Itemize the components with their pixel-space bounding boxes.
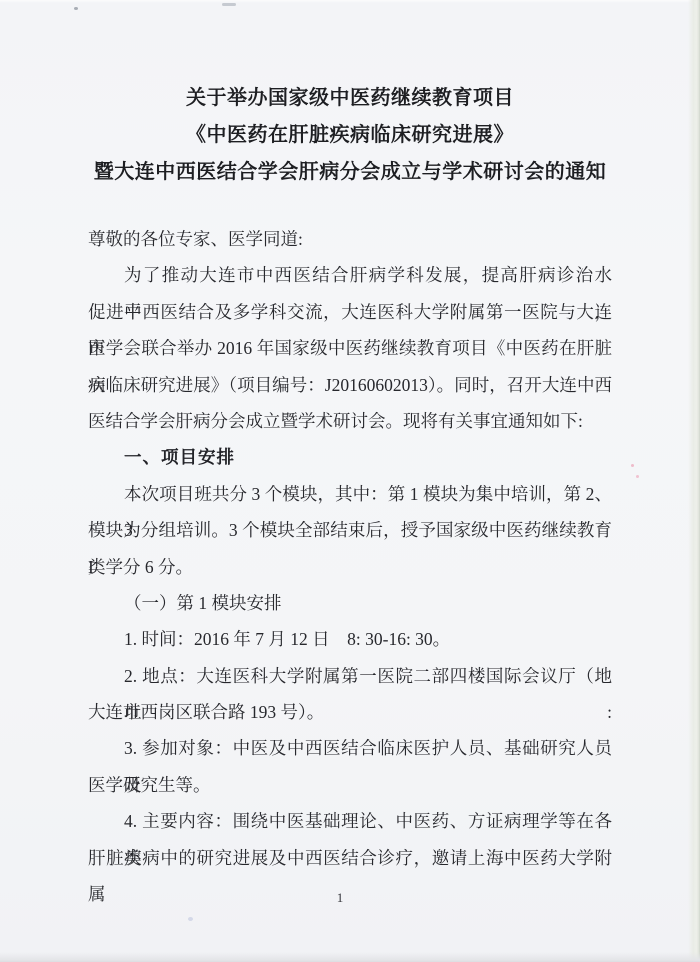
scanned-document-page: 关于举办国家级中医药继续教育项目 《中医药在肝脏疾病临床研究进展》 暨大连中西医… (0, 0, 700, 962)
scan-speck (636, 475, 639, 478)
body-line-attendees: 3. 参加对象：中医及中西医结合临床医护人员、基础研究人员及 (88, 730, 612, 766)
section-heading: 一、项目安排 (88, 439, 612, 475)
body-line: 病临床研究进展》（项目编号：J20160602013）。同时，召开大连中西 (88, 367, 612, 403)
document-body: 尊敬的各位专家、医学同道: 为了推动大连市中西医结合肝病学科发展，提高肝病诊治水… (88, 221, 612, 876)
body-line: 模块为分组培训。3 个模块全部结束后，授予国家级中医药继续教育 I (88, 512, 612, 548)
body-line: 促进中西医结合及多学科交流，大连医科大学附属第一医院与大连市 (88, 294, 612, 330)
scan-bottom-edge (0, 952, 700, 962)
scan-speck (188, 917, 193, 921)
body-line: 医学研究生等。 (88, 767, 612, 803)
title-line-2: 《中医药在肝脏疾病临床研究进展》 (0, 117, 700, 154)
body-line: 医学会联合举办 2016 年国家级中医药继续教育项目《中医药在肝脏疾 (88, 330, 612, 366)
body-line: 为了推动大连市中西医结合肝病学科发展，提高肝病诊治水平， (88, 257, 612, 293)
subsection-heading: （一）第 1 模块安排 (88, 585, 612, 621)
body-line-time: 1. 时间：2016 年 7 月 12 日 8: 30-16: 30。 (88, 621, 612, 657)
body-line-content: 4. 主要内容：围绕中医基础理论、中医药、方证病理学等在各类 (88, 803, 612, 839)
scan-speck (631, 464, 634, 467)
page-number: 1 (0, 890, 680, 906)
scan-speck (74, 7, 78, 10)
body-line-location: 2. 地点：大连医科大学附属第一医院二部四楼国际会议厅（地址: (88, 658, 612, 694)
body-line: 类学分 6 分。 (88, 549, 612, 585)
title-line-3: 暨大连中西医结合学会肝病分会成立与学术研讨会的通知 (0, 154, 700, 191)
scan-top-edge (0, 0, 700, 3)
body-line: 本次项目班共分 3 个模块，其中：第 1 模块为集中培训，第 2、3 (88, 476, 612, 512)
title-line-1: 关于举办国家级中医药继续教育项目 (0, 80, 700, 117)
document-title: 关于举办国家级中医药继续教育项目 《中医药在肝脏疾病临床研究进展》 暨大连中西医… (0, 80, 700, 191)
scan-speck (222, 3, 236, 6)
salutation-line: 尊敬的各位专家、医学同道: (88, 221, 612, 257)
body-line: 肝脏疾病中的研究进展及中西医结合诊疗，邀请上海中医药大学附属 (88, 840, 612, 876)
body-line: 医结合学会肝病分会成立暨学术研讨会。现将有关事宜通知如下: (88, 403, 612, 439)
